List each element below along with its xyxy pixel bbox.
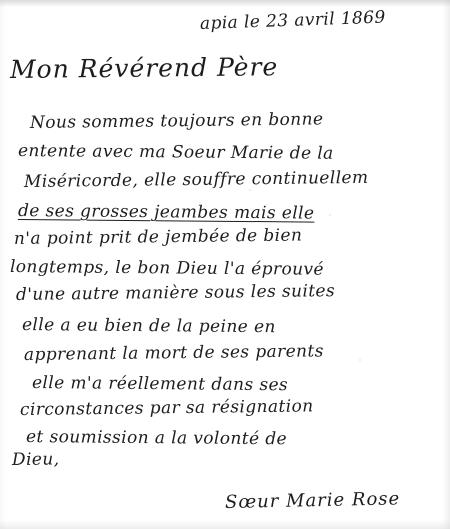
letter-line: Nous sommes toujours en bonne	[30, 109, 324, 133]
letter-date: apia le 23 avril 1869	[200, 8, 386, 34]
letter-line: n'a point prit de jembée de bien	[14, 225, 302, 249]
letter-line: entente avec ma Soeur Marie de la	[18, 141, 334, 164]
letter-line: Miséricorde, elle souffre continuellem	[24, 168, 369, 192]
letter-signature: Sœur Marie Rose	[225, 488, 401, 513]
letter-line: Dieu,	[12, 449, 60, 470]
letter-line: et soumission a la volonté de	[26, 427, 287, 449]
letter-line: d'une autre manière sous les suites	[16, 281, 335, 305]
letter-line: longtemps, le bon Dieu l'a éprouvé	[10, 257, 324, 280]
letter-line: apprenant la mort de ses parents	[24, 341, 324, 365]
letter-line: circonstances par sa résignation	[20, 396, 314, 420]
scanned-letter-page: apia le 23 avril 1869 Mon Révérend Père …	[0, 0, 450, 529]
letter-line: elle m'a réellement dans ses	[32, 373, 288, 395]
letter-line: de ses grosses jeambes mais elle	[18, 201, 315, 224]
letter-line: elle a eu bien de la peine en	[22, 315, 276, 337]
letter-salutation: Mon Révérend Père	[10, 52, 279, 84]
